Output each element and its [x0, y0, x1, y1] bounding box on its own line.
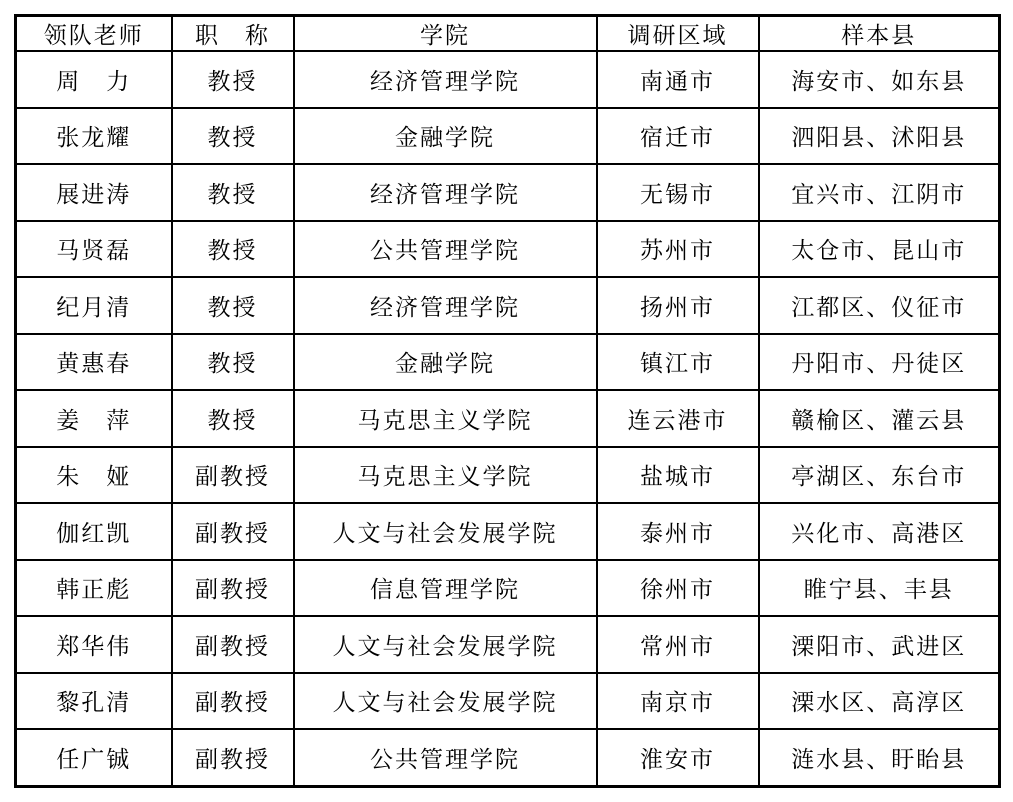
cell-college: 公共管理学院 — [294, 729, 597, 787]
cell-college: 信息管理学院 — [294, 560, 597, 617]
cell-college: 公共管理学院 — [294, 221, 597, 278]
cell-region: 淮安市 — [597, 729, 759, 787]
cell-counties: 赣榆区、灌云县 — [759, 390, 1000, 447]
cell-college: 人文与社会发展学院 — [294, 616, 597, 673]
header-cell-teacher: 领队老师 — [16, 16, 172, 52]
cell-region: 南通市 — [597, 51, 759, 108]
cell-teacher: 纪月清 — [16, 277, 172, 334]
table-row: 马贤磊 教授 公共管理学院 苏州市 太仓市、昆山市 — [16, 221, 1000, 278]
header-cell-title: 职 称 — [172, 16, 294, 52]
table-row: 周 力 教授 经济管理学院 南通市 海安市、如东县 — [16, 51, 1000, 108]
cell-region: 泰州市 — [597, 503, 759, 560]
cell-region: 盐城市 — [597, 447, 759, 504]
cell-title: 教授 — [172, 334, 294, 391]
cell-counties: 宜兴市、江阴市 — [759, 164, 1000, 221]
cell-title: 副教授 — [172, 447, 294, 504]
table-row: 朱 娅 副教授 马克思主义学院 盐城市 亭湖区、东台市 — [16, 447, 1000, 504]
cell-counties: 海安市、如东县 — [759, 51, 1000, 108]
cell-region: 无锡市 — [597, 164, 759, 221]
cell-teacher: 任广铖 — [16, 729, 172, 787]
cell-region: 镇江市 — [597, 334, 759, 391]
cell-counties: 涟水县、盱眙县 — [759, 729, 1000, 787]
cell-college: 经济管理学院 — [294, 277, 597, 334]
cell-region: 苏州市 — [597, 221, 759, 278]
cell-teacher: 黄惠春 — [16, 334, 172, 391]
cell-college: 人文与社会发展学院 — [294, 503, 597, 560]
cell-region: 扬州市 — [597, 277, 759, 334]
cell-title: 副教授 — [172, 616, 294, 673]
cell-title: 教授 — [172, 277, 294, 334]
cell-teacher: 张龙耀 — [16, 108, 172, 165]
cell-title: 教授 — [172, 164, 294, 221]
cell-college: 经济管理学院 — [294, 164, 597, 221]
cell-teacher: 伽红凯 — [16, 503, 172, 560]
table-row: 黎孔清 副教授 人文与社会发展学院 南京市 溧水区、高淳区 — [16, 673, 1000, 730]
cell-counties: 泗阳县、沭阳县 — [759, 108, 1000, 165]
cell-title: 教授 — [172, 51, 294, 108]
table-row: 黄惠春 教授 金融学院 镇江市 丹阳市、丹徒区 — [16, 334, 1000, 391]
cell-region: 南京市 — [597, 673, 759, 730]
cell-counties: 溧阳市、武进区 — [759, 616, 1000, 673]
header-cell-counties: 样本县 — [759, 16, 1000, 52]
cell-counties: 丹阳市、丹徒区 — [759, 334, 1000, 391]
cell-title: 副教授 — [172, 560, 294, 617]
table-row: 张龙耀 教授 金融学院 宿迁市 泗阳县、沭阳县 — [16, 108, 1000, 165]
table-row: 纪月清 教授 经济管理学院 扬州市 江都区、仪征市 — [16, 277, 1000, 334]
survey-teams-table: 领队老师 职 称 学院 调研区域 样本县 周 力 教授 经济管理学院 南通市 海… — [14, 14, 1001, 788]
cell-teacher: 马贤磊 — [16, 221, 172, 278]
cell-title: 教授 — [172, 390, 294, 447]
cell-counties: 睢宁县、丰县 — [759, 560, 1000, 617]
cell-college: 金融学院 — [294, 108, 597, 165]
cell-region: 宿迁市 — [597, 108, 759, 165]
cell-counties: 溧水区、高淳区 — [759, 673, 1000, 730]
cell-title: 教授 — [172, 221, 294, 278]
cell-college: 金融学院 — [294, 334, 597, 391]
cell-college: 马克思主义学院 — [294, 447, 597, 504]
cell-counties: 太仓市、昆山市 — [759, 221, 1000, 278]
table-row: 姜 萍 教授 马克思主义学院 连云港市 赣榆区、灌云县 — [16, 390, 1000, 447]
cell-teacher: 韩正彪 — [16, 560, 172, 617]
cell-teacher: 郑华伟 — [16, 616, 172, 673]
cell-college: 经济管理学院 — [294, 51, 597, 108]
table-row: 郑华伟 副教授 人文与社会发展学院 常州市 溧阳市、武进区 — [16, 616, 1000, 673]
cell-teacher: 黎孔清 — [16, 673, 172, 730]
cell-teacher: 姜 萍 — [16, 390, 172, 447]
cell-title: 教授 — [172, 108, 294, 165]
document-page: 领队老师 职 称 学院 调研区域 样本县 周 力 教授 经济管理学院 南通市 海… — [0, 0, 1013, 802]
cell-title: 副教授 — [172, 729, 294, 787]
header-cell-region: 调研区域 — [597, 16, 759, 52]
cell-region: 徐州市 — [597, 560, 759, 617]
cell-teacher: 周 力 — [16, 51, 172, 108]
table-row: 任广铖 副教授 公共管理学院 淮安市 涟水县、盱眙县 — [16, 729, 1000, 787]
table-row: 伽红凯 副教授 人文与社会发展学院 泰州市 兴化市、高港区 — [16, 503, 1000, 560]
cell-title: 副教授 — [172, 673, 294, 730]
cell-college: 人文与社会发展学院 — [294, 673, 597, 730]
cell-title: 副教授 — [172, 503, 294, 560]
table-row: 展进涛 教授 经济管理学院 无锡市 宜兴市、江阴市 — [16, 164, 1000, 221]
header-cell-college: 学院 — [294, 16, 597, 52]
cell-counties: 江都区、仪征市 — [759, 277, 1000, 334]
cell-counties: 亭湖区、东台市 — [759, 447, 1000, 504]
cell-college: 马克思主义学院 — [294, 390, 597, 447]
header-row: 领队老师 职 称 学院 调研区域 样本县 — [16, 16, 1000, 52]
table-row: 韩正彪 副教授 信息管理学院 徐州市 睢宁县、丰县 — [16, 560, 1000, 617]
cell-region: 常州市 — [597, 616, 759, 673]
cell-region: 连云港市 — [597, 390, 759, 447]
cell-teacher: 展进涛 — [16, 164, 172, 221]
cell-counties: 兴化市、高港区 — [759, 503, 1000, 560]
cell-teacher: 朱 娅 — [16, 447, 172, 504]
